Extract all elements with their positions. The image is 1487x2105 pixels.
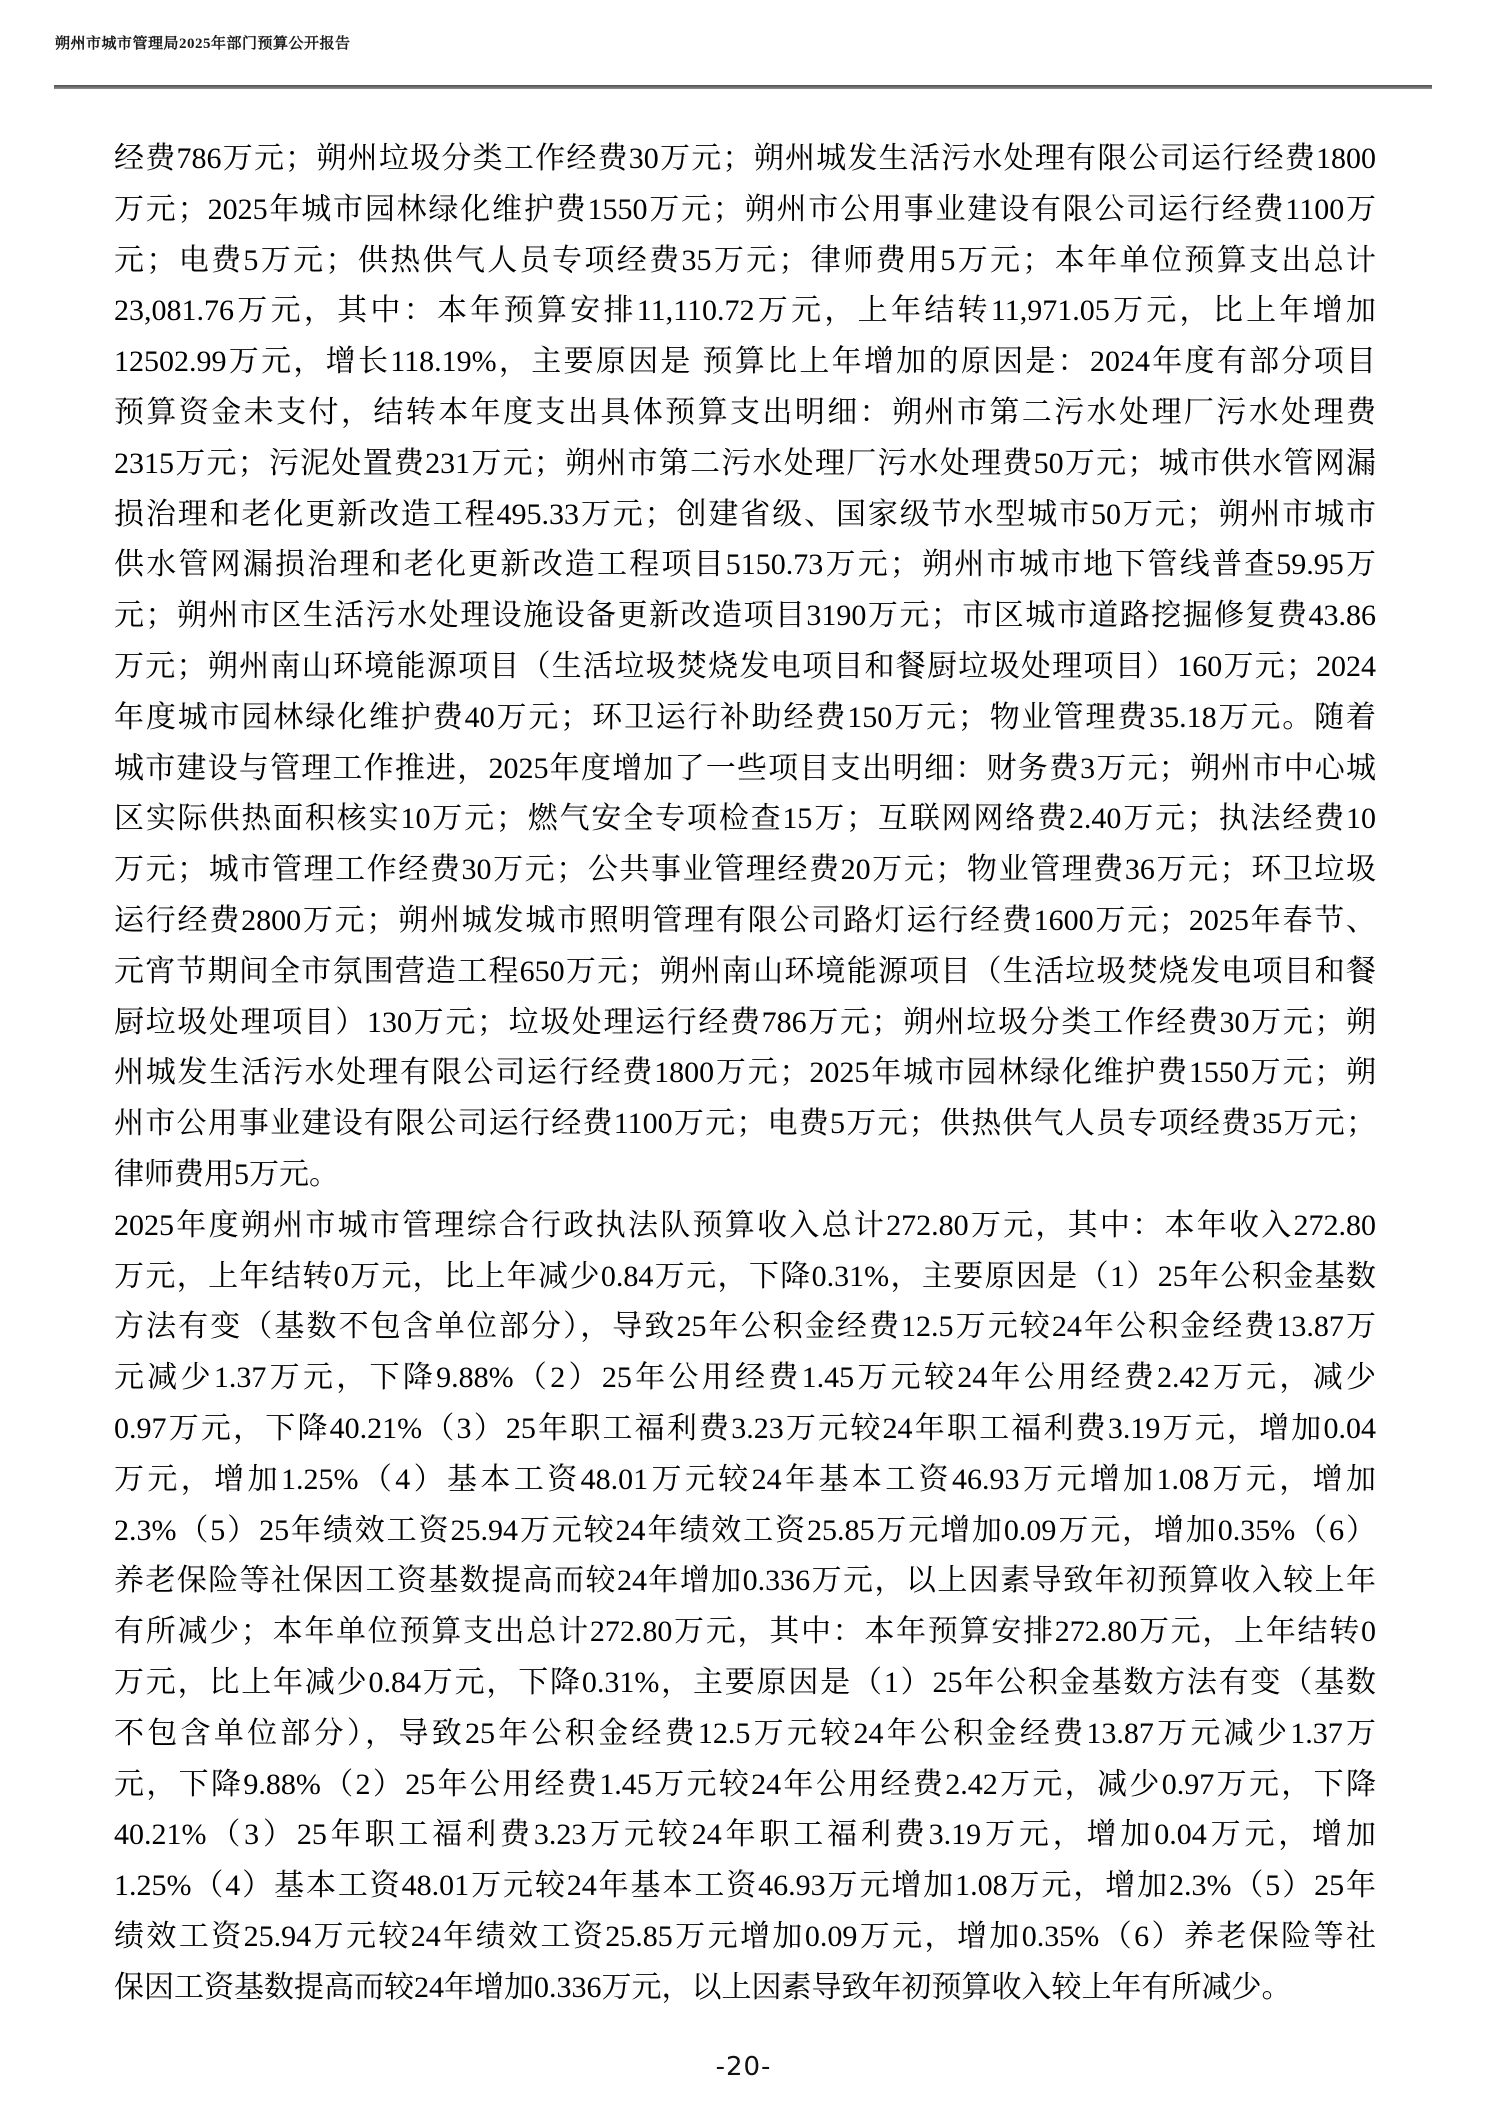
text-line: 厨垃圾处理项目）130万元；垃圾处理运行经费786万元；朔州垃圾分类工作经费30… [114, 998, 1376, 1049]
header-rule [54, 85, 1432, 89]
text-line: 40.21%（3）25年职工福利费3.23万元较24年职工福利费3.19万元，增… [114, 1810, 1376, 1861]
text-line: 2025年度朔州市城市管理综合行政执法队预算收入总计272.80万元，其中：本年… [114, 1201, 1376, 1252]
text-line: 23,081.76万元，其中：本年预算安排11,110.72万元，上年结转11,… [114, 286, 1376, 337]
text-line: 12502.99万元，增长118.19%，主要原因是 预算比上年增加的原因是：2… [114, 337, 1376, 388]
text-line: 万元，比上年减少0.84万元，下降0.31%，主要原因是（1）25年公积金基数方… [114, 1658, 1376, 1709]
text-line: 养老保险等社保因工资基数提高而较24年增加0.336万元，以上因素导致年初预算收… [114, 1556, 1376, 1607]
text-line: 运行经费2800万元；朔州城发城市照明管理有限公司路灯运行经费1600万元；20… [114, 896, 1376, 947]
paragraph: 经费786万元；朔州垃圾分类工作经费30万元；朔州城发生活污水处理有限公司运行经… [114, 134, 1376, 1201]
text-line: 万元；朔州南山环境能源项目（生活垃圾焚烧发电项目和餐厨垃圾处理项目）160万元；… [114, 642, 1376, 693]
text-line: 元；电费5万元；供热供气人员专项经费35万元；律师费用5万元；本年单位预算支出总… [114, 236, 1376, 287]
text-line: 万元；2025年城市园林绿化维护费1550万元；朔州市公用事业建设有限公司运行经… [114, 185, 1376, 236]
text-line: 城市建设与管理工作推进，2025年度增加了一些项目支出明细：财务费3万元；朔州市… [114, 744, 1376, 795]
text-line: 律师费用5万元。 [114, 1150, 1376, 1201]
paragraph: 2025年度朔州市城市管理综合行政执法队预算收入总计272.80万元，其中：本年… [114, 1201, 1376, 2014]
text-line: 元减少1.37万元，下降9.88%（2）25年公用经费1.45万元较24年公用经… [114, 1353, 1376, 1404]
text-line: 保因工资基数提高而较24年增加0.336万元，以上因素导致年初预算收入较上年有所… [114, 1963, 1376, 2014]
text-line: 损治理和老化更新改造工程495.33万元；创建省级、国家级节水型城市50万元；朔… [114, 490, 1376, 541]
text-line: 有所减少；本年单位预算支出总计272.80万元，其中：本年预算安排272.80万… [114, 1607, 1376, 1658]
text-line: 万元，增加1.25%（4）基本工资48.01万元较24年基本工资46.93万元增… [114, 1455, 1376, 1506]
report-header-title: 朔州市城市管理局2025年部门预算公开报告 [55, 32, 351, 53]
text-line: 2315万元；污泥处置费231万元；朔州市第二污水处理厂污水处理费50万元；城市… [114, 439, 1376, 490]
text-line: 州城发生活污水处理有限公司运行经费1800万元；2025年城市园林绿化维护费15… [114, 1048, 1376, 1099]
text-line: 元；朔州市区生活污水处理设施设备更新改造项目3190万元；市区城市道路挖掘修复费… [114, 591, 1376, 642]
text-line: 年度城市园林绿化维护费40万元；环卫运行补助经费150万元；物业管理费35.18… [114, 693, 1376, 744]
text-line: 州市公用事业建设有限公司运行经费1100万元；电费5万元；供热供气人员专项经费3… [114, 1099, 1376, 1150]
text-line: 2.3%（5）25年绩效工资25.94万元较24年绩效工资25.85万元增加0.… [114, 1506, 1376, 1557]
text-line: 绩效工资25.94万元较24年绩效工资25.85万元增加0.09万元，增加0.3… [114, 1912, 1376, 1963]
text-line: 预算资金未支付，结转本年度支出具体预算支出明细：朔州市第二污水处理厂污水处理费 [114, 388, 1376, 439]
text-line: 万元，上年结转0万元，比上年减少0.84万元，下降0.31%，主要原因是（1）2… [114, 1252, 1376, 1303]
text-line: 元宵节期间全市氛围营造工程650万元；朔州南山环境能源项目（生活垃圾焚烧发电项目… [114, 947, 1376, 998]
text-line: 经费786万元；朔州垃圾分类工作经费30万元；朔州城发生活污水处理有限公司运行经… [114, 134, 1376, 185]
document-body: 经费786万元；朔州垃圾分类工作经费30万元；朔州城发生活污水处理有限公司运行经… [114, 134, 1376, 2013]
text-line: 方法有变（基数不包含单位部分），导致25年公积金经费12.5万元较24年公积金经… [114, 1302, 1376, 1353]
text-line: 供水管网漏损治理和老化更新改造工程项目5150.73万元；朔州市城市地下管线普查… [114, 540, 1376, 591]
text-line: 1.25%（4）基本工资48.01万元较24年基本工资46.93万元增加1.08… [114, 1861, 1376, 1912]
text-line: 区实际供热面积核实10万元；燃气安全专项检查15万；互联网网络费2.40万元；执… [114, 794, 1376, 845]
text-line: 万元；城市管理工作经费30万元；公共事业管理经费20万元；物业管理费36万元；环… [114, 845, 1376, 896]
text-line: 0.97万元，下降40.21%（3）25年职工福利费3.23万元较24年职工福利… [114, 1404, 1376, 1455]
page-number: -20- [0, 2052, 1487, 2082]
text-line: 不包含单位部分），导致25年公积金经费12.5万元较24年公积金经费13.87万… [114, 1709, 1376, 1760]
text-line: 元，下降9.88%（2）25年公用经费1.45万元较24年公用经费2.42万元，… [114, 1760, 1376, 1811]
document-page: 朔州市城市管理局2025年部门预算公开报告 经费786万元；朔州垃圾分类工作经费… [0, 0, 1487, 2105]
